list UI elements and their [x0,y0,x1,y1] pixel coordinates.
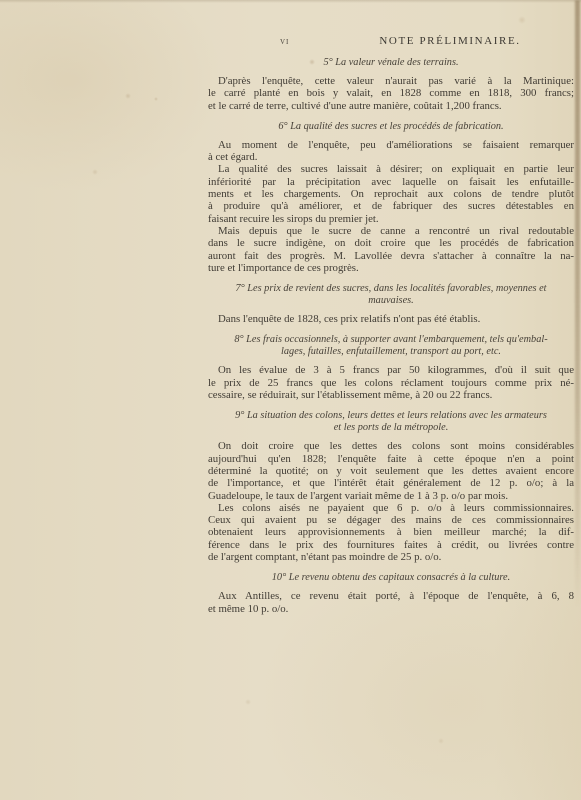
text-line: férence dans le prix des fournitures fai… [208,539,574,551]
paragraph: La qualité des sucres laissait à désirer… [208,163,574,224]
text-line: Guadeloupe, le taux de l'argent variait … [208,490,574,502]
text-column: vi NOTE PRÉLIMINAIRE. 5° La valeur vénal… [208,35,574,615]
text-line: Ceux qui avaient pu se dégager des mains… [208,514,574,526]
heading-line: 7° Les prix de revient des sucres, dans … [208,283,574,295]
text-line: et le carré de terre, cultivé d'une autr… [208,100,574,112]
text-line: cessaire, se réduirait, sur l'établissem… [208,389,574,401]
text-line: le prix de 25 francs que les colons récl… [208,377,574,389]
scan-top-shadow [0,0,581,3]
paragraph: Dans l'enquête de 1828, ces prix relatif… [208,313,574,325]
section-heading: 10° Le revenu obtenu des capitaux consac… [208,572,574,584]
heading-line: lages, futailles, enfutaillement, transp… [208,346,574,358]
paragraph: On les évalue de 3 à 5 francs par 50 kil… [208,364,574,401]
paragraph: D'après l'enquête, cette valeur n'aurait… [208,75,574,112]
text-line: déterminé la quotité; on y voit seulemen… [208,465,574,477]
section-heading: 9° La situation des colons, leurs dettes… [208,410,574,434]
text-line: de l'importance, et que l'intérêt était … [208,477,574,489]
text-line: auront fait des progrès. M. Lavollée dev… [208,250,574,262]
heading-line: et les ports de la métropole. [208,422,574,434]
scanned-page: vi NOTE PRÉLIMINAIRE. 5° La valeur vénal… [0,0,581,800]
text-line: et même 10 p. o/o. [208,603,574,615]
heading-line: 9° La situation des colons, leurs dettes… [208,410,574,422]
paragraph: Au moment de l'enquête, peu d'améliorati… [208,139,574,164]
heading-line: mauvaises. [208,295,574,307]
running-title: NOTE PRÉLIMINAIRE. [379,35,520,47]
heading-line: 6° La qualité des sucres et les procédés… [208,121,574,133]
text-line: D'après l'enquête, cette valeur n'aurait… [208,75,574,87]
text-line: Les colons aisés ne payaient que 6 p. o/… [208,502,574,514]
page-header: vi NOTE PRÉLIMINAIRE. [208,35,574,48]
text-line: Mais depuis que le sucre de canne a renc… [208,225,574,237]
text-line: Aux Antilles, ce revenu était porté, à l… [208,590,574,602]
text-line: ture et l'importance de ces progrès. [208,262,574,274]
text-line: infériorité par la précipitation avec la… [208,176,574,188]
text-line: On doit croire que les dettes des colons… [208,440,574,452]
text-line: de l'argent comptant, n'étant pas moindr… [208,551,574,563]
paragraph: Aux Antilles, ce revenu était porté, à l… [208,590,574,615]
heading-line: 8° Les frais occasionnels, à supporter a… [208,334,574,346]
section-heading: 5° La valeur vénale des terrains. [208,57,574,69]
section-heading: 7° Les prix de revient des sucres, dans … [208,283,574,307]
text-line: obtenaient leurs approvisionnements à bi… [208,526,574,538]
paragraph: Mais depuis que le sucre de canne a renc… [208,225,574,274]
heading-line: 5° La valeur vénale des terrains. [208,57,574,69]
text-line: dans le sucre indigène, on doit croire q… [208,237,574,249]
text-line: Au moment de l'enquête, peu d'améliorati… [208,139,574,151]
page-edge-shadow [575,0,580,640]
text-line: aujourd'hui qu'en 1828; l'enquête faite … [208,453,574,465]
text-line: à cet égard. [208,151,574,163]
section-heading: 6° La qualité des sucres et les procédés… [208,121,574,133]
paragraph: Les colons aisés ne payaient que 6 p. o/… [208,502,574,563]
text-line: Dans l'enquête de 1828, ces prix relatif… [208,313,574,325]
text-line: ments et les chargements. On reprochait … [208,188,574,200]
heading-line: 10° Le revenu obtenu des capitaux consac… [208,572,574,584]
text-line: le carré planté en bois y valait, en 182… [208,87,574,99]
paragraph: On doit croire que les dettes des colons… [208,440,574,501]
folio-number: vi [280,37,289,47]
section-heading: 8° Les frais occasionnels, à supporter a… [208,334,574,358]
text-line: La qualité des sucres laissait à désirer… [208,163,574,175]
text-line: à produire qu'à améliorer, et de fabriqu… [208,200,574,212]
text-line: faisant recuire les sirops du premier je… [208,213,574,225]
page-body: 5° La valeur vénale des terrains.D'après… [208,57,574,615]
text-line: On les évalue de 3 à 5 francs par 50 kil… [208,364,574,376]
